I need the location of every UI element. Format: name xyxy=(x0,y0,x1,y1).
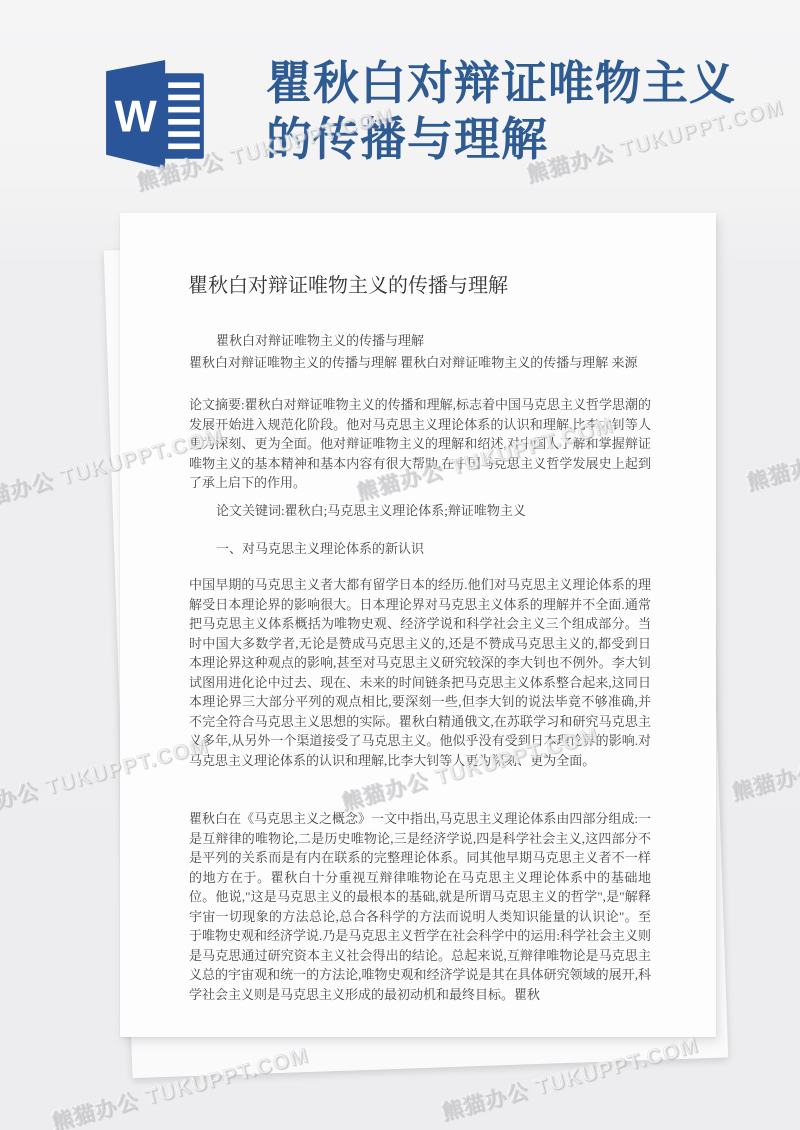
site-watermark: 熊猫办公 TUKUPPT.COM xyxy=(728,709,800,807)
title-banner: W 瞿秋白对辩证唯物主义 的传播与理解 xyxy=(0,0,800,205)
page-title-line-2: 的传播与理解 xyxy=(266,112,766,168)
section-1-title: 一、对马克思主义理论体系的新认识 xyxy=(216,539,424,558)
abstract-paragraph: 论文摘要:瞿秋白对辩证唯物主义的传播和理解,标志着中国马克思主义哲学思潮的发展开… xyxy=(189,395,651,493)
document-heading: 瞿秋白对辩证唯物主义的传播与理解 xyxy=(188,273,658,299)
page-title-line-1: 瞿秋白对辩证唯物主义 xyxy=(266,56,766,112)
document-page: 瞿秋白对辩证唯物主义的传播与理解 瞿秋白对辩证唯物主义的传播与理解 瞿秋白对辩证… xyxy=(120,213,716,1037)
document-preview-page: 瞿秋白对辩证唯物主义的传播与理解 瞿秋白对辩证唯物主义的传播与理解 瞿秋白对辩证… xyxy=(0,0,800,1130)
word-icon-letter: W xyxy=(114,91,157,141)
word-file-icon: W xyxy=(106,60,208,172)
keywords-line: 论文关键词:瞿秋白;马克思主义理论体系;辩证唯物主义 xyxy=(216,501,526,520)
document-subtitle-2: 瞿秋白对辩证唯物主义的传播与理解 瞿秋白对辩证唯物主义的传播与理解 来源 xyxy=(189,353,638,372)
body-paragraph-1: 中国早期的马克思主义者大都有留学日本的经历.他们对马克思主义理论体系的理解受日本… xyxy=(189,575,651,770)
document-subtitle-1: 瞿秋白对辩证唯物主义的传播与理解 xyxy=(216,331,424,350)
body-paragraph-2: 瞿秋白在《马克思主义之概念》一文中指出,马克思主义理论体系由四部分组成:一是互辩… xyxy=(189,809,651,1004)
page-title: 瞿秋白对辩证唯物主义 的传播与理解 xyxy=(266,56,766,168)
site-watermark: 熊猫办公 TUKUPPT.COM xyxy=(743,399,800,497)
